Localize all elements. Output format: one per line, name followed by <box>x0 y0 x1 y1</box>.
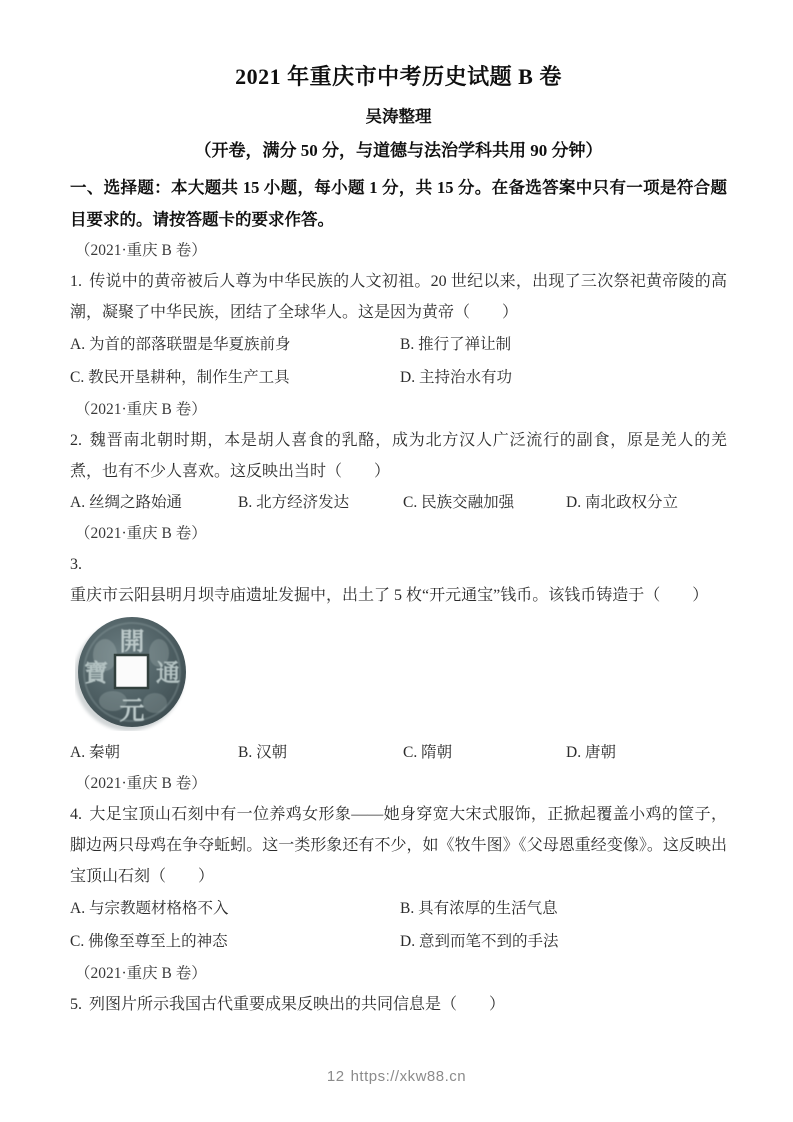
page-footer: 12https://xkw88.cn <box>0 1068 793 1085</box>
source-tag: （2021·重庆 B 卷） <box>70 518 727 549</box>
question-3-options: A. 秦朝 B. 汉朝 C. 隋朝 D. 唐朝 <box>70 737 727 768</box>
coin-char-top: 開 <box>119 628 144 656</box>
option-d: D. 意到而笔不到的手法 <box>400 925 727 958</box>
question-2-options: A. 丝绸之路始通 B. 北方经济发达 C. 民族交融加强 D. 南北政权分立 <box>70 487 727 518</box>
option-b: B. 推行了禅让制 <box>400 328 727 361</box>
question-5-text: 5.列图片所示我国古代重要成果反映出的共同信息是（ ） <box>70 989 727 1020</box>
question-number: 5. <box>70 996 82 1013</box>
option-c: C. 佛像至尊至上的神态 <box>70 925 400 958</box>
source-tag: （2021·重庆 B 卷） <box>70 235 727 266</box>
option-b: B. 具有浓厚的生活气息 <box>400 892 727 925</box>
option-a: A. 为首的部落联盟是华夏族前身 <box>70 328 400 361</box>
option-c: C. 民族交融加强 <box>403 487 566 518</box>
question-number: 1. <box>70 273 82 290</box>
question-1-options: A. 为首的部落联盟是华夏族前身 B. 推行了禅让制 C. 教民开垦耕种，制作生… <box>70 328 727 394</box>
question-body: 列图片所示我国古代重要成果反映出的共同信息是（ ） <box>89 996 505 1013</box>
option-d: D. 主持治水有功 <box>400 361 727 394</box>
question-body: 魏晋南北朝时期，本是胡人喜食的乳酪，成为北方汉人广泛流行的副食，原是羌人的羌煮，… <box>70 432 727 480</box>
question-body: 传说中的黄帝被后人尊为中华民族的人文初祖。20 世纪以来，出现了三次祭祀黄帝陵的… <box>70 273 727 321</box>
coin-image: 開 寶 通 元 <box>75 615 727 731</box>
question-body: 重庆市云阳县明月坝寺庙遗址发掘中，出土了 5 枚“开元通宝”钱币。该钱币铸造于（… <box>70 587 708 604</box>
option-d: D. 唐朝 <box>566 737 727 768</box>
question-number: 4. <box>70 806 82 823</box>
option-c: C. 隋朝 <box>403 737 566 768</box>
question-4-options: A. 与宗教题材格格不入 B. 具有浓厚的生活气息 C. 佛像至尊至上的神态 D… <box>70 892 727 958</box>
question-number: 3. <box>70 556 82 573</box>
question-3-text: 3.重庆市云阳县明月坝寺庙遗址发掘中，出土了 5 枚“开元通宝”钱币。该钱币铸造… <box>70 549 727 611</box>
source-tag: （2021·重庆 B 卷） <box>70 958 727 989</box>
option-a: A. 秦朝 <box>70 737 238 768</box>
question-body: 大足宝顶山石刻中有一位养鸡女形象——她身穿宽大宋式服饰，正掀起覆盖小鸡的筐子，脚… <box>70 806 727 885</box>
section-intro: 一、选择题：本大题共 15 小题，每小题 1 分，共 15 分。在备选答案中只有… <box>70 172 727 235</box>
author-line: 吴涛整理 <box>70 108 727 126</box>
footer-url: https://xkw88.cn <box>351 1068 467 1085</box>
question-number: 2. <box>70 432 82 449</box>
option-a: A. 丝绸之路始通 <box>70 487 238 518</box>
kaiyuan-tongbao-coin-icon: 開 寶 通 元 <box>75 615 190 731</box>
question-1-text: 1.传说中的黄帝被后人尊为中华民族的人文初祖。20 世纪以来，出现了三次祭祀黄帝… <box>70 266 727 328</box>
exam-info-line: （开卷，满分 50 分，与道德与法治学科共用 90 分钟） <box>70 140 727 162</box>
exam-document-page: 2021 年重庆市中考历史试题 B 卷 吴涛整理 （开卷，满分 50 分，与道德… <box>0 0 793 1122</box>
source-tag: （2021·重庆 B 卷） <box>70 768 727 799</box>
coin-char-bottom: 元 <box>119 697 144 725</box>
page-title: 2021 年重庆市中考历史试题 B 卷 <box>70 62 727 92</box>
coin-char-left: 寶 <box>84 660 108 687</box>
option-b: B. 汉朝 <box>238 737 403 768</box>
option-d: D. 南北政权分立 <box>566 487 727 518</box>
option-a: A. 与宗教题材格格不入 <box>70 892 400 925</box>
question-2-text: 2.魏晋南北朝时期，本是胡人喜食的乳酪，成为北方汉人广泛流行的副食，原是羌人的羌… <box>70 425 727 487</box>
option-c: C. 教民开垦耕种，制作生产工具 <box>70 361 400 394</box>
page-number: 12 <box>327 1068 345 1085</box>
coin-char-right: 通 <box>156 660 180 687</box>
option-b: B. 北方经济发达 <box>238 487 403 518</box>
source-tag: （2021·重庆 B 卷） <box>70 394 727 425</box>
question-4-text: 4.大足宝顶山石刻中有一位养鸡女形象——她身穿宽大宋式服饰，正掀起覆盖小鸡的筐子… <box>70 799 727 892</box>
